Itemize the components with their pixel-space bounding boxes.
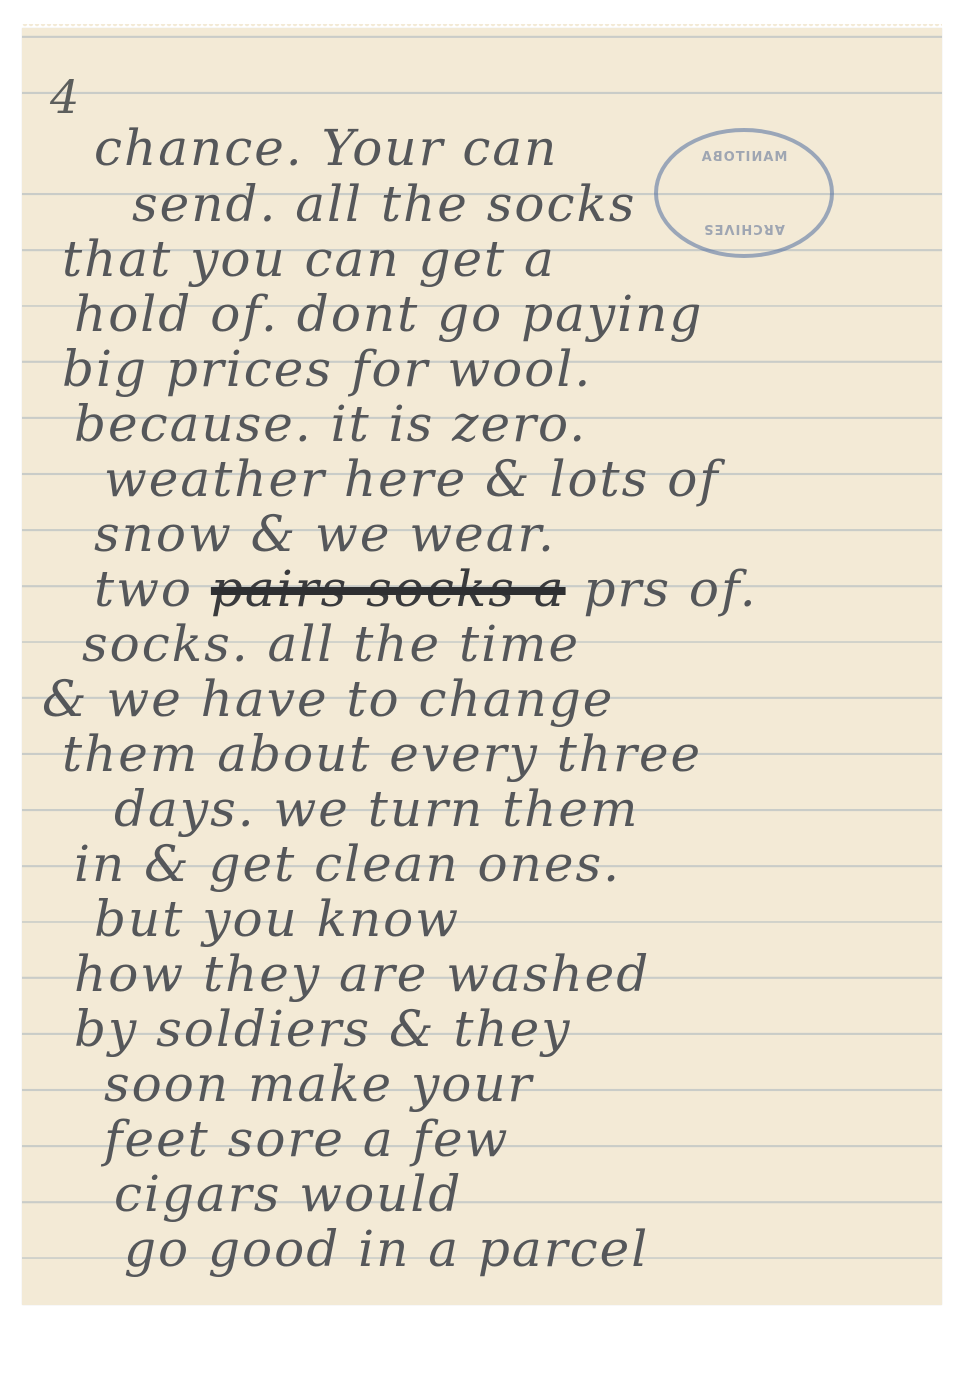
handwritten-line: because. it is zero. bbox=[74, 396, 587, 452]
handwritten-line: snow & we wear. bbox=[94, 506, 556, 562]
handwritten-line: & we have to change bbox=[42, 671, 614, 727]
handwritten-line: that you can get a bbox=[62, 231, 556, 287]
handwritten-line: soon make your bbox=[104, 1056, 533, 1112]
stamp-text-bottom: ARCHIVES bbox=[658, 221, 830, 236]
handwritten-line: chance. Your can bbox=[94, 120, 558, 176]
handwritten-line: them about every three bbox=[62, 726, 702, 782]
handwritten-line: cigars would bbox=[114, 1166, 462, 1222]
handwritten-line-with-strikethrough: two pairs socks a prs of. bbox=[94, 561, 758, 617]
handwritten-line: how they are washed bbox=[74, 946, 650, 1002]
stamp-text-top: MANITOBA bbox=[658, 150, 830, 165]
line-text-after: prs of. bbox=[566, 560, 758, 618]
handwritten-line: socks. all the time bbox=[82, 616, 580, 672]
handwritten-line: weather here & lots of bbox=[104, 451, 720, 507]
handwritten-line: days. we turn them bbox=[114, 781, 639, 837]
handwritten-line: send. all the socks bbox=[132, 176, 636, 232]
handwritten-line: in & get clean ones. bbox=[74, 836, 621, 892]
handwritten-line: but you know bbox=[94, 891, 460, 947]
letter-page: 4 MANITOBA ARCHIVES chance. Your can sen… bbox=[22, 28, 942, 1305]
handwritten-line: big prices for wool. bbox=[62, 341, 592, 397]
archives-stamp: MANITOBA ARCHIVES bbox=[654, 128, 834, 258]
line-text-before: two bbox=[94, 560, 211, 618]
page-number: 4 bbox=[50, 70, 79, 124]
handwritten-line: by soldiers & they bbox=[74, 1001, 571, 1057]
handwritten-line: hold of. dont go paying bbox=[74, 286, 703, 342]
handwritten-line: go good in a parcel bbox=[124, 1221, 649, 1277]
handwritten-line: feet sore a few bbox=[104, 1111, 509, 1167]
struck-out-text: pairs socks a bbox=[211, 560, 566, 618]
